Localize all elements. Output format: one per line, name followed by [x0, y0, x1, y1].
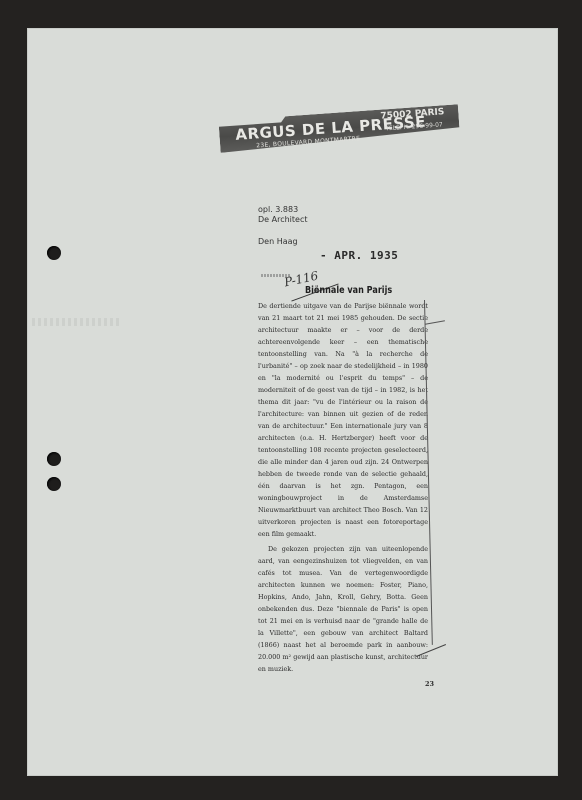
source-info: opl. 3.883 De Architect Den Haag — [258, 205, 308, 247]
bleed-through-marks — [32, 318, 122, 326]
article-body: De dertiende uitgave van de Parijse biën… — [258, 300, 428, 675]
article-paragraph: De gekozen projecten zijn van uiteenlope… — [258, 543, 428, 675]
article-headline: Biënnale van Parijs — [305, 285, 392, 296]
publication-city: Den Haag — [258, 237, 308, 247]
punch-hole-top — [47, 246, 61, 260]
punch-hole-middle — [47, 452, 61, 466]
publication-name: De Architect — [258, 215, 308, 225]
punch-hole-bottom — [47, 477, 61, 491]
date-stamp: - APR. 1935 — [320, 249, 398, 262]
article-paragraph: De dertiende uitgave van de Parijse biën… — [258, 300, 428, 540]
page-number: 23 — [425, 680, 434, 688]
circulation: opl. 3.883 — [258, 205, 308, 215]
